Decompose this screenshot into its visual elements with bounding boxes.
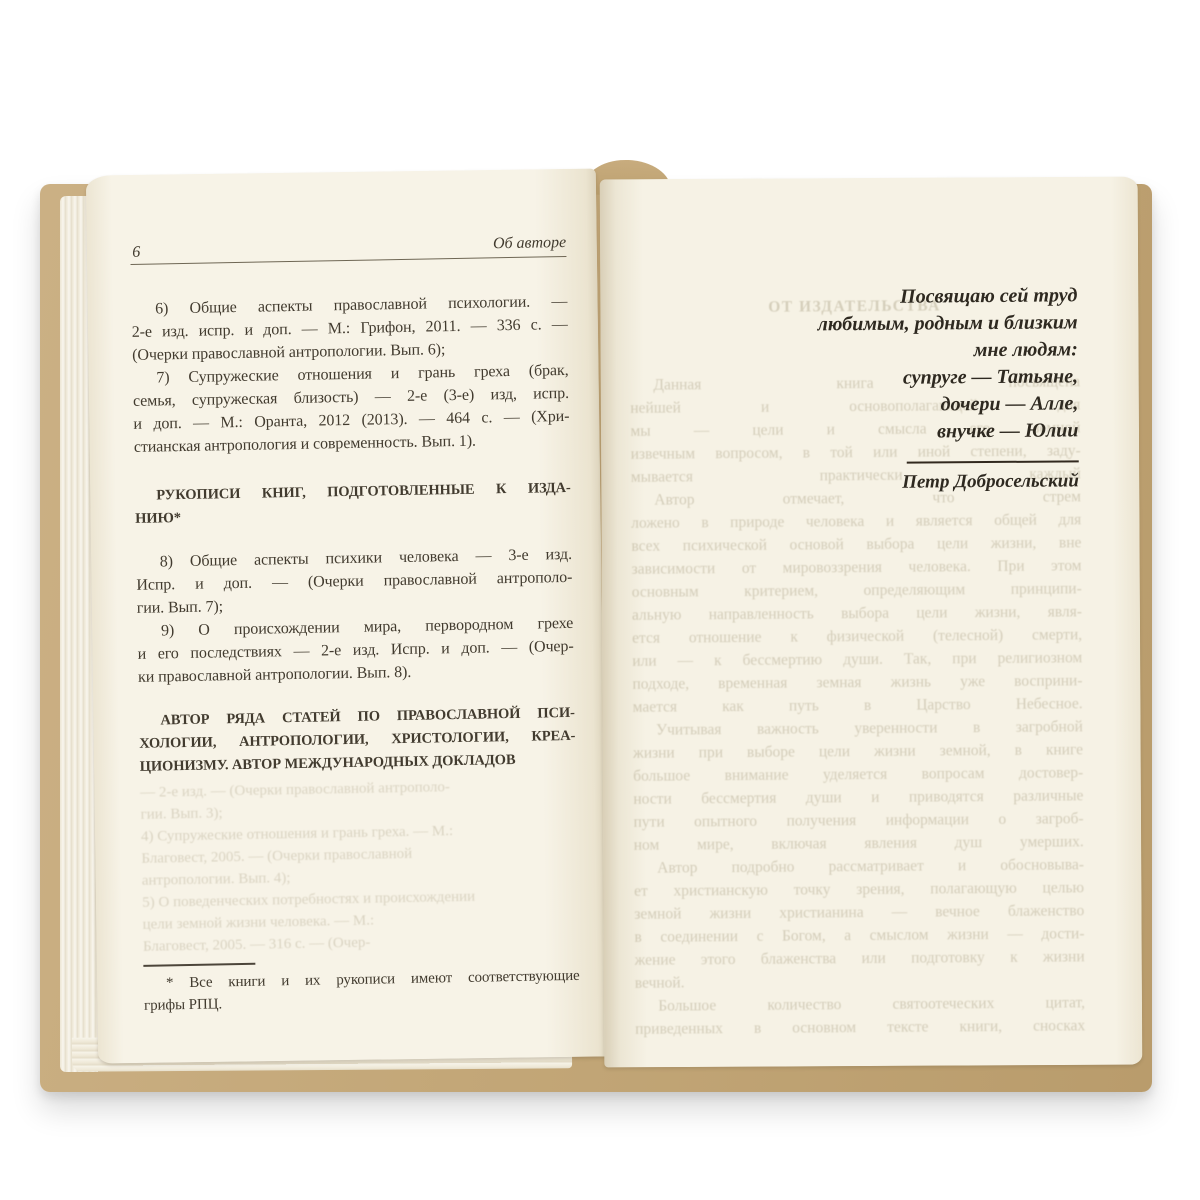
bibliography-item-7: 7) Супружеские отношения и грань греха (… bbox=[132, 359, 570, 459]
dedication: Посвящаю сей трудлюбимым, родным и близк… bbox=[627, 282, 1078, 448]
page-header: 6 Об авторе bbox=[130, 232, 566, 265]
bibliography-item-8: 8) Общие аспекты психики человека — 3-е … bbox=[136, 543, 573, 620]
book-photo: 6 Об авторе 6) Общие аспекты православно… bbox=[0, 0, 1200, 1200]
section-heading-author: АВТОР РЯДА СТАТЕЙ ПО ПРАВОСЛАВНОЙ ПСИ-ХО… bbox=[139, 702, 576, 779]
right-page: ОТ ИЗДАТЕЛЬСТВА Данная книга посвященане… bbox=[600, 177, 1143, 1068]
left-page-content: 6 Об авторе 6) Общие аспекты православно… bbox=[129, 168, 581, 1064]
left-page: 6 Об авторе 6) Общие аспекты православно… bbox=[86, 168, 608, 1063]
bibliography-item-9: 9) О происхождении мира, первородном гре… bbox=[137, 612, 574, 689]
right-page-content: ОТ ИЗДАТЕЛЬСТВА Данная книга посвященане… bbox=[629, 176, 1086, 1068]
section-heading-manuscripts: РУКОПИСИ КНИГ, ПОДГОТОВЛЕННЫЕ К ИЗДА-НИЮ… bbox=[135, 477, 572, 531]
footnote-rule bbox=[143, 963, 255, 967]
bibliography-item-6: 6) Общие аспекты православной психологии… bbox=[131, 290, 568, 367]
footnote: * Все книги и их рукописи имеют соответс… bbox=[144, 965, 581, 1017]
ghost-text-left: — 2-е изд. — (Очерки православной антроп… bbox=[140, 774, 579, 958]
author-signature: Петр Добросельский bbox=[629, 470, 1079, 496]
running-head: Об авторе bbox=[493, 234, 567, 253]
page-number: 6 bbox=[132, 244, 140, 262]
